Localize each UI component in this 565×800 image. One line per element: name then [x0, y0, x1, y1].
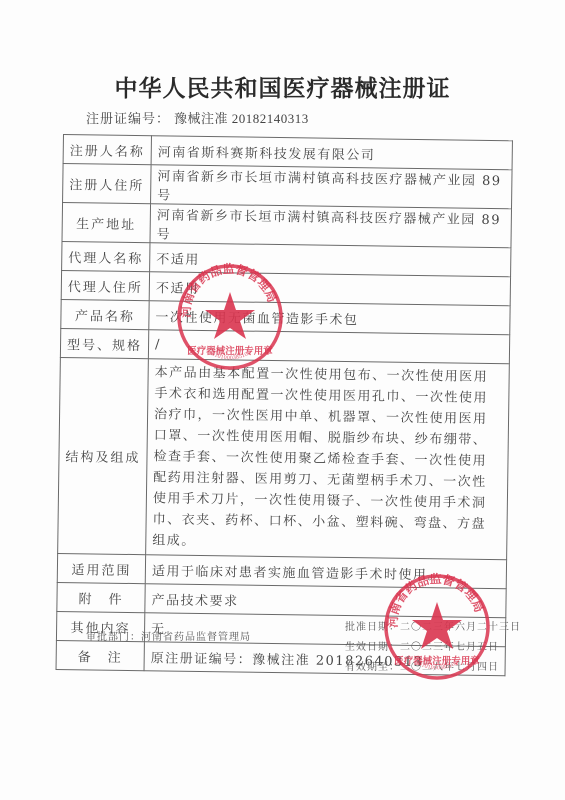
approval-date: 批准日期：二〇二三年六月二十三日 [345, 618, 521, 638]
row-label: 结构及组成 [58, 357, 149, 554]
row-label: 备 注 [56, 640, 144, 670]
registration-number-value: 豫械注准 20182140313 [174, 111, 309, 126]
registration-certificate: 中华人民共和国医疗器械注册证 注册证编号：豫械注准 20182140313 注册… [0, 0, 565, 800]
row-value: 本产品由基本配置一次性使用包布、一次性使用医用手术衣和选用配置一次性使用医用孔巾… [146, 359, 510, 560]
approval-department: 审批部门：河南省药品监督管理局 [86, 628, 251, 643]
table-row-production-address: 生产地址 河南省新乡市长垣市满村镇高科技医疗器械产业园 89 号 [62, 203, 512, 248]
row-label: 型号、规格 [60, 328, 148, 358]
dates-block: 批准日期：二〇二三年六月二十三日 生效日期：二〇二三年七月五日 有效期至：二〇二… [345, 618, 521, 678]
row-label: 适用范围 [57, 553, 145, 583]
row-label: 附 件 [57, 582, 145, 612]
certificate-table: 注册人名称 河南省斯科赛斯科技发展有限公司 注册人住所 河南省新乡市长垣市满村镇… [56, 134, 513, 676]
row-value: 河南省新乡市长垣市满村镇高科技医疗器械产业园 89 号 [150, 204, 511, 248]
table-row-registrant-address: 注册人住所 河南省新乡市长垣市满村镇高科技医疗器械产业园 89 号 [63, 164, 513, 209]
row-label: 注册人住所 [63, 164, 152, 204]
table-row-structure-composition: 结构及组成 本产品由基本配置一次性使用包布、一次性使用医用手术衣和选用配置一次性… [58, 357, 510, 559]
certificate-title: 中华人民共和国医疗器械注册证 [0, 70, 565, 103]
row-label: 代理人住所 [61, 270, 149, 300]
row-label: 代理人名称 [62, 241, 150, 271]
effective-date: 生效日期：二〇二三年七月五日 [345, 638, 521, 658]
row-label: 生产地址 [62, 203, 151, 243]
valid-until-date: 有效期至：二〇二八年七月四日 [345, 658, 521, 678]
row-value: 河南省新乡市长垣市满村镇高科技医疗器械产业园 89 号 [151, 165, 512, 209]
row-label: 注册人名称 [63, 135, 151, 165]
registration-number: 注册证编号：豫械注准 20182140313 [86, 108, 309, 127]
row-label: 产品名称 [61, 299, 149, 329]
registration-number-label: 注册证编号： [86, 112, 170, 127]
